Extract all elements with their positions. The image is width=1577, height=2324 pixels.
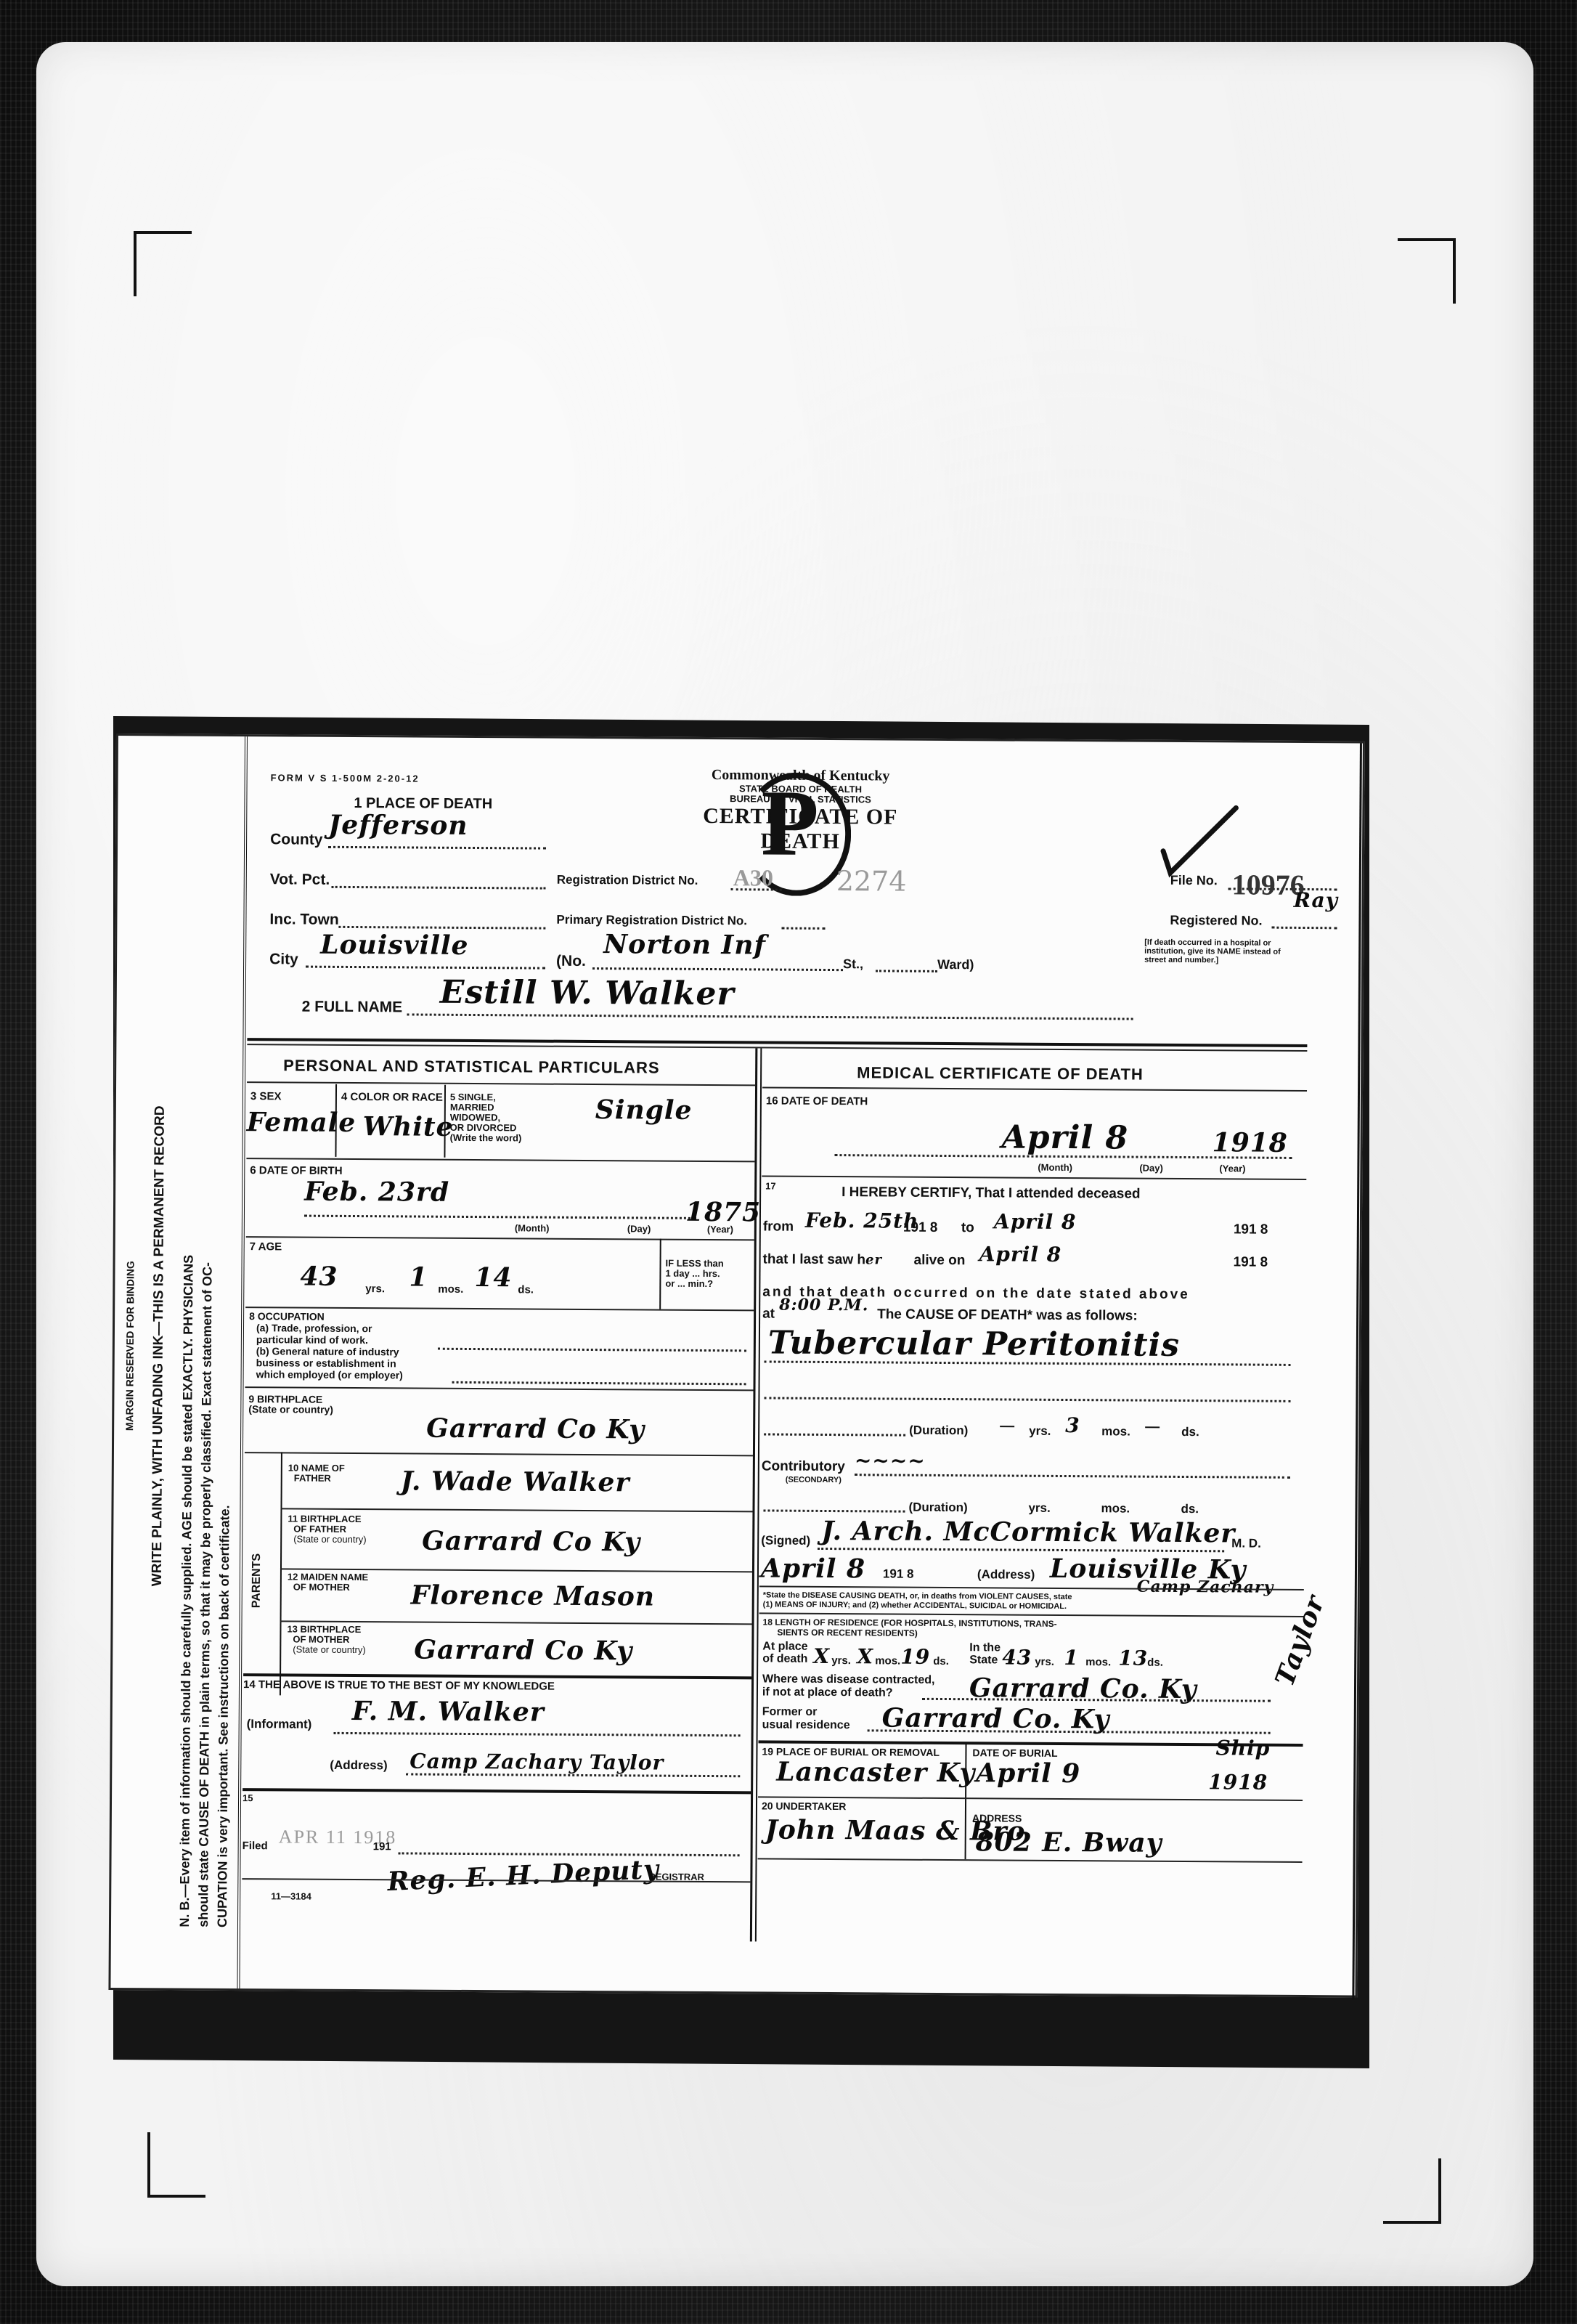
row-rule-1 [246,1158,754,1162]
undertaker-address-label: ADDRESS [972,1812,1022,1824]
primary-reg-line [781,927,825,930]
informant-statement: 14 THE ABOVE IS TRUE TO THE BEST OF MY K… [243,1679,555,1693]
occupation-a2: particular kind of work. [249,1333,403,1346]
full-name-value: Estill W. Walker [440,974,735,1012]
margin-write-plainly: WRITE PLAINLY, WITH UNFADING INK—THIS IS… [146,765,172,1927]
contracted-label: Where was disease contracted, if not at … [762,1673,935,1699]
city-label: City [269,951,298,968]
dob-label: 6 DATE OF BIRTH [250,1165,342,1177]
informant-line [334,1732,741,1736]
row-rule-2 [246,1236,754,1240]
margin-scrawl: Taylor [1269,1591,1331,1691]
vot-pct-line [332,886,546,890]
to-year: 191 8 [1234,1222,1268,1238]
undertaker-address-value: 802 E. Bway [976,1827,1162,1858]
st-label: St., [843,956,863,972]
alive-on-year: 191 8 [1234,1254,1268,1270]
duration-label: (Duration) [909,1425,968,1437]
reg-district-stamp: 2274 [836,865,907,898]
certify-text: I HEREBY CERTIFY, That I attended deceas… [842,1185,1141,1203]
residence-heading: 18 LENGTH OF RESIDENCE (FOR HOSPITALS, I… [762,1617,1056,1638]
form-code: FORM V S 1-500M 2-20-12 [271,773,420,784]
duration2-line [763,1509,905,1512]
sex-label: 3 SEX [250,1091,282,1102]
in-state-yrs-label: yrs. [1035,1657,1054,1668]
crop-mark-bottom-left [147,2132,205,2198]
hospital-note: [If death occurred in a hospital or inst… [1144,938,1282,965]
at-place-label: At place of death [762,1640,807,1665]
dod-year-caption: (Year) [1219,1163,1245,1174]
residence-label-2: SIENTS OR RECENT RESIDENTS) [762,1627,1056,1638]
crop-mark-top-left [134,231,192,296]
burial-value: Lancaster Ky [776,1757,975,1789]
marital-value: Single [595,1094,693,1126]
duration-mos: 3 [1065,1413,1080,1437]
duration2-mos-label: mos. [1101,1503,1130,1514]
marital-label: 5 SINGLE, MARRIED WIDOWED, OR DIVORCED (… [450,1092,522,1144]
registered-no-value: Ray [1294,888,1339,912]
informant-value: F. M. Walker [352,1696,545,1728]
former-residence-value: Garrard Co. Ky [882,1702,1110,1734]
crop-mark-bottom-right [1383,2158,1441,2224]
dob-day-caption: (Day) [627,1224,651,1234]
dob-year: 1875 [685,1197,761,1228]
row-rule-5 [245,1452,753,1456]
mother-bp-value: Garrard Co Ky [414,1635,632,1667]
former-label-2: usual residence [762,1718,850,1732]
sex-race-divider [335,1084,337,1157]
father-name-value: J. Wade Walker [401,1466,630,1498]
former-residence-label: Former or usual residence [762,1705,850,1732]
age-ds-label: ds. [518,1284,534,1296]
registered-no-line [1271,927,1337,930]
burial-year: 1918 [1208,1770,1268,1795]
vot-pct-label: Vot. Pct. [270,871,330,889]
father-bp-label-3: (State or country) [288,1534,367,1545]
dod-year: 1918 [1212,1127,1287,1158]
footnote-rule [759,1612,1304,1617]
in-state-mos-label: mos. [1085,1657,1111,1668]
city-value: Louisville [320,930,469,961]
contracted-label-2: if not at place of death? [762,1686,935,1699]
contracted-label-1: Where was disease contracted, [762,1673,935,1686]
margin-reserved: MARGIN RESERVED FOR BINDING [117,765,143,1927]
undertaker-label: 20 UNDERTAKER [762,1800,847,1812]
no-value: Norton Inf [603,929,766,960]
duration-yrs: — [1000,1420,1014,1431]
at-value: 8:00 P.M. [779,1296,868,1315]
last-saw-label: that I last saw her [763,1251,883,1268]
alive-on-label: alive on [914,1253,966,1269]
at-label: at [762,1306,775,1322]
filing-number: 15 [243,1793,253,1803]
cause-line-2 [764,1397,1290,1402]
sex-value: Female [247,1107,356,1138]
race-value: White [363,1111,454,1142]
row-rule-6 [280,1508,752,1512]
dob-year-caption: (Year) [707,1224,733,1235]
personal-heading: PERSONAL AND STATISTICAL PARTICULARS [283,1056,660,1077]
in-state-ds: 13 [1118,1646,1148,1670]
signed-year: 191 8 [883,1568,914,1580]
filed-label: Filed [243,1840,268,1852]
at-place-label-1: At place [762,1640,807,1652]
last-saw-text: that I last saw h [763,1251,866,1267]
seal-letter: P [761,768,819,877]
father-bp-value: Garrard Co Ky [422,1526,640,1558]
birthplace-label-2: (State or country) [248,1404,333,1415]
to-label: to [961,1220,974,1236]
last-saw-her: er [865,1252,882,1267]
primary-reg-label: Primary Registration District No. [556,913,747,929]
less-than-block: IF LESS than 1 day ... hrs. or ... min.? [665,1259,723,1289]
informant-address-label: (Address) [330,1760,387,1771]
in-state-mos: 1 [1064,1646,1079,1670]
no-line [592,967,843,971]
mother-name-value: Florence Mason [411,1580,656,1612]
dob-month-day: Feb. 23rd [304,1177,449,1208]
at-place-yrs: X [813,1644,830,1668]
mother-bp-label: 13 BIRTHPLACE OF MOTHER (State or countr… [287,1624,366,1655]
medical-heading-rule [762,1086,1307,1092]
at-place-ds-label: ds. [933,1656,949,1667]
father-bp-label: 11 BIRTHPLACE OF FATHER (State or countr… [288,1514,367,1545]
file-no-label: File No. [1170,873,1218,888]
from-label: from [763,1219,794,1235]
medical-address-value-2: Camp Zachary [1137,1577,1274,1597]
registered-no-label: Registered No. [1170,913,1262,929]
dod-rule [762,1175,1306,1180]
duration-mos-label: mos. [1101,1426,1130,1437]
contracted-value: Garrard Co. Ky [969,1673,1197,1705]
contributory-line [855,1474,1290,1479]
signed-date: April 8 [761,1553,865,1584]
in-state-label: In the State [969,1641,1001,1666]
personal-heading-rule [247,1081,755,1086]
at-place-yrs-label: yrs. [831,1655,851,1667]
inc-town-label: Inc. Town [269,911,338,929]
less-than-divider [659,1239,661,1309]
city-line [306,966,545,970]
full-name-label: 2 FULL NAME [302,999,403,1017]
mother-name-label-2: OF MOTHER [288,1582,368,1593]
filed-year-prefix: 191 [373,1841,391,1853]
row-rule-4 [245,1386,753,1391]
age-mos-label: mos. [438,1284,463,1296]
death-certificate: MARGIN RESERVED FOR BINDING WRITE PLAINL… [108,734,1365,1997]
in-state-label-2: State [969,1654,1001,1666]
race-label: 4 COLOR OR RACE [341,1092,443,1104]
dod-label: 16 DATE OF DEATH [766,1095,868,1108]
county-line [328,846,546,850]
occupation-a1: (a) Trade, profession, or [249,1322,403,1334]
crop-mark-top-right [1398,238,1456,304]
dob-line [304,1215,696,1219]
age-days: 14 [474,1262,512,1293]
undertaker-rule [758,1858,1303,1863]
duration2-yrs-label: yrs. [1028,1503,1050,1514]
signed-line [818,1548,1224,1552]
no-label: (No. [556,953,586,970]
father-name-label: 10 NAME OF FATHER [288,1463,345,1483]
mother-bp-label-3: (State or country) [287,1644,366,1655]
at-place-mos: X [857,1644,873,1668]
age-months: 1 [409,1261,428,1292]
signed-value: J. Arch. McCormick Walker [821,1516,1235,1548]
dob-month-caption: (Month) [515,1223,550,1233]
binding-margin: MARGIN RESERVED FOR BINDING WRITE PLAINL… [110,736,248,1988]
dod-day-caption: (Day) [1139,1163,1163,1174]
in-state-ds-label: ds. [1147,1657,1163,1669]
reg-district-value: A30 [733,864,773,891]
medical-heading: MEDICAL CERTIFICATE OF DEATH [857,1063,1144,1084]
age-yrs-label: yrs. [365,1283,385,1295]
race-marital-divider [444,1085,446,1158]
filed-line [399,1852,740,1856]
birthplace-label: 9 BIRTHPLACE (State or country) [248,1394,333,1415]
occupation-b1: (b) General nature of industry [249,1345,403,1357]
burial-date-note: Ship [1215,1736,1270,1760]
parents-divider [280,1452,282,1695]
occupation-a-line [438,1348,746,1352]
in-state-yrs: 43 [1002,1645,1032,1669]
cert-number: 17 [765,1181,776,1191]
ward-line [876,970,937,972]
occupation-block: 8 OCCUPATION (a) Trade, profession, or p… [249,1310,404,1381]
from-value: Feb. 25th [805,1208,919,1233]
father-name-label-2: FATHER [288,1473,345,1483]
md-label: M. D. [1231,1537,1261,1549]
mother-name-label: 12 MAIDEN NAME OF MOTHER [288,1572,368,1593]
medical-address-label: (Address) [977,1569,1035,1580]
less-than-3: or ... min.? [665,1279,723,1289]
duration2-label: (Duration) [908,1502,967,1514]
footnote-block: *State the DISEASE CAUSING DEATH, or, in… [763,1590,1072,1612]
former-label-1: Former or [762,1705,850,1719]
county-label: County [270,831,322,848]
burial-date-value: April 9 [976,1758,1080,1789]
at-place-ds: 19 [900,1645,930,1669]
age-label: 7 AGE [250,1241,282,1253]
duration-ds: — [1145,1421,1160,1433]
secondary-label: (SECONDARY) [786,1475,842,1485]
alive-on-value: April 8 [979,1242,1062,1267]
cause-value: Tubercular Peritonitis [768,1325,1180,1364]
inc-town-line [338,926,545,930]
form-number: 11—3184 [271,1891,311,1901]
duration-yrs-label: yrs. [1029,1426,1051,1437]
checkmark-icon [1156,800,1244,881]
marital-label-5: (Write the word) [450,1133,522,1144]
from-year: 191 8 [903,1220,938,1236]
signed-label: (Signed) [761,1535,810,1546]
cause-text: The CAUSE OF DEATH* was as follows: [877,1307,1138,1324]
full-name-line [407,1013,1133,1020]
occupation-label: 8 OCCUPATION [249,1310,403,1323]
birthplace-value: Garrard Co Ky [426,1413,645,1445]
to-value: April 8 [994,1209,1077,1234]
in-state-label-1: In the [969,1641,1001,1654]
informant-label: (Informant) [247,1718,312,1731]
duration-line [764,1433,905,1436]
occupation-b-line [452,1381,746,1385]
certificate-form: FORM V S 1-500M 2-20-12 1 PLACE OF DEATH… [241,736,1363,1995]
ward-label: Ward) [937,957,974,972]
contributory-value: ~~~~ [855,1448,926,1473]
at-place-label-2: of death [762,1652,807,1665]
margin-instructions: MARGIN RESERVED FOR BINDING WRITE PLAINL… [117,765,239,1927]
informant-address-value: Camp Zachary Taylor [409,1749,664,1774]
at-place-mos-label: mos. [875,1655,900,1667]
dod-month-caption: (Month) [1038,1163,1072,1173]
duration-ds-label: ds. [1181,1426,1199,1438]
reg-district-label: Registration District No. [557,873,698,888]
age-years: 43 [300,1261,338,1292]
duration2-ds-label: ds. [1181,1503,1199,1515]
occupation-b2: business or establishment in [249,1357,403,1369]
dod-month-day: April 8 [1001,1118,1128,1156]
footnote-2: (1) MEANS OF INJURY; and (2) whether ACC… [763,1600,1072,1612]
contributory-label: Contributory [762,1458,845,1475]
occupation-b3: which employed (or employer) [249,1368,403,1381]
parents-side-label: PARENTS [251,1553,263,1608]
registrar-signature: Reg. E. H. Deputy [387,1854,660,1897]
row-rule-10 [243,1788,751,1794]
county-value: Jefferson [328,810,468,841]
